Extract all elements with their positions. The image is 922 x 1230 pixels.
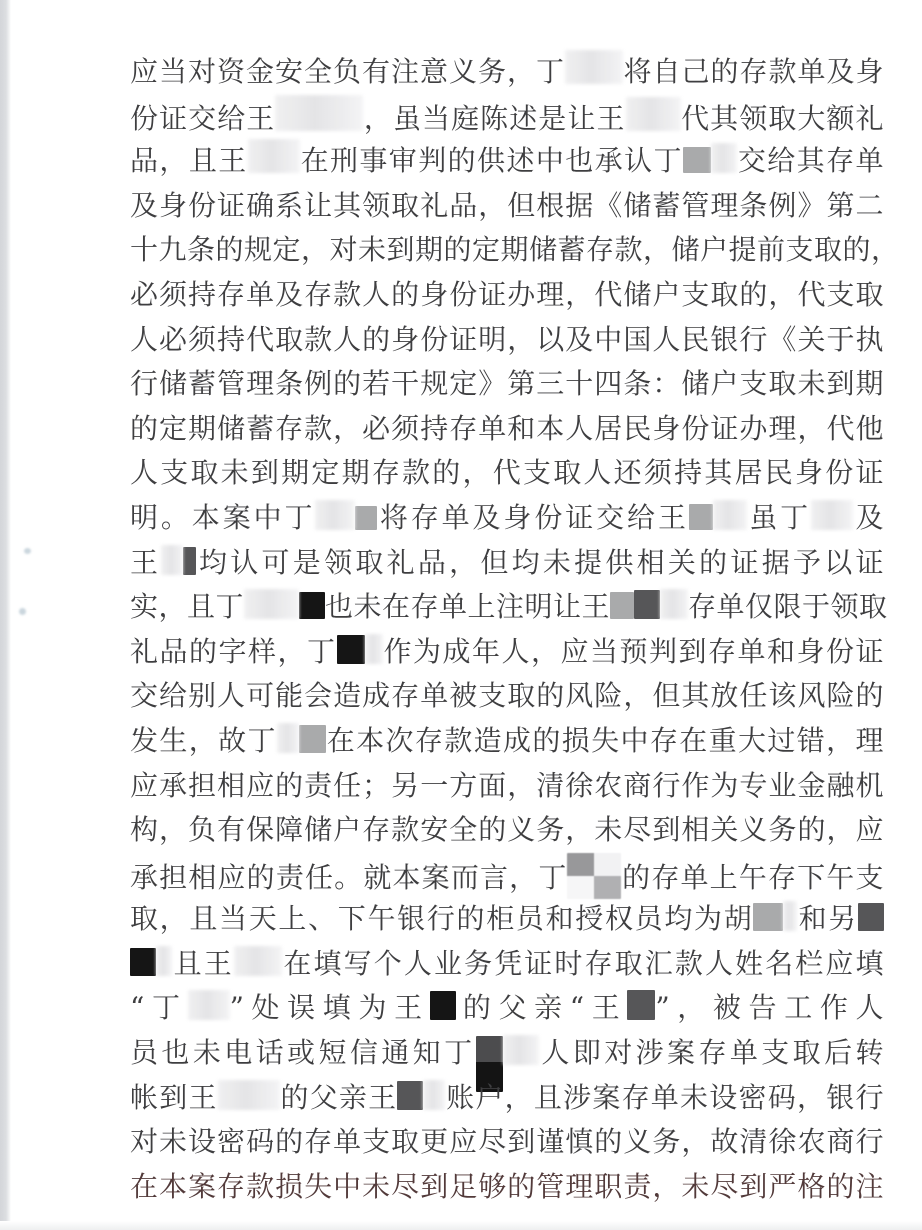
scanned-document-page: 应当对资金安全负有注意义务，丁将自己的存款单及身份证交给王，虽当庭陈述是让王代其… — [0, 0, 922, 1230]
document-text-block: 应当对资金安全负有注意义务，丁将自己的存款单及身份证交给王，虽当庭陈述是让王代其… — [130, 50, 884, 1209]
text-segment: 在填写个人业务凭证时存取汇款人姓名栏应填 — [282, 947, 884, 980]
text-segment: 及身份证确系让其领取礼品，但根据《储蓄管理条例》第二 — [130, 189, 884, 222]
redaction-block-dark — [627, 990, 655, 1020]
text-segment: 礼品的字样，丁 — [130, 635, 337, 668]
redaction-block-dark — [858, 903, 884, 931]
text-segment: 发生，故丁 — [130, 724, 277, 757]
redaction-block-light — [811, 500, 853, 530]
redaction-block-gray — [610, 592, 634, 619]
text-line: 行储蓄管理条例的若干规定》第三十四条：储户支取未到期 — [130, 362, 884, 407]
redaction-block-checker — [567, 853, 621, 899]
text-segment: 人即对涉案存单支取后转 — [539, 1036, 885, 1069]
redaction-block-light — [565, 50, 623, 84]
text-segment: 实，且丁 — [130, 590, 244, 623]
text-segment: 交给其存单 — [737, 144, 884, 177]
text-segment: “丁 — [130, 991, 188, 1024]
redaction-block-dark — [397, 1081, 423, 1110]
text-segment: 代其领取大额礼 — [681, 102, 884, 135]
text-segment: 帐到王 — [130, 1081, 218, 1114]
text-line: 的定期储蓄存款，必须持存单和本人居民身份证办理，代他 — [130, 407, 884, 452]
redaction-block-light — [234, 946, 282, 976]
text-segment: 及 — [853, 501, 884, 534]
text-segment: 品，且王 — [130, 144, 248, 177]
text-line: 对未设密码的存单支取更应尽到谨慎的义务，故清徐农商行 — [130, 1120, 884, 1165]
text-line: 王均认可是领取礼品，但均未提供相关的证据予以证 — [130, 541, 884, 586]
redaction-block-black — [337, 635, 365, 664]
redaction-block-light — [626, 97, 681, 131]
text-segment: 也未在存单上注明让王 — [325, 590, 610, 623]
redaction-block-gray — [683, 147, 711, 173]
text-line: 明。本案中丁将存单及身份证交给王虽丁及 — [130, 496, 884, 541]
redaction-block-light — [660, 589, 688, 619]
text-segment: 行储蓄管理条例的若干规定》第三十四条：储户支取未到期 — [130, 367, 884, 400]
redaction-block-light — [248, 139, 300, 173]
text-segment: 构，负有保障储户存款安全的义务，未尽到相关义务的，应 — [130, 813, 884, 846]
text-line: “丁”处误填为王的父亲“王”，被告工作人 — [130, 986, 884, 1031]
text-line: 发生，故丁在本次存款造成的损失中存在重大过错，理 — [130, 719, 884, 764]
text-segment: 将存单及身份证交给王 — [377, 501, 688, 534]
text-segment: 必须持存单及存款人的身份证办理，代储户支取的，代支取 — [130, 278, 884, 311]
text-segment: ”处误填为王 — [230, 991, 430, 1024]
text-line: 礼品的字样，丁作为成年人，应当预判到存单和身份证 — [130, 630, 884, 675]
text-line: 承担相应的责任。就本案而言，丁的存单上午存下午支 — [130, 853, 884, 898]
redaction-block-gray — [753, 903, 783, 931]
redaction-block-black — [430, 991, 456, 1020]
redaction-block-light — [315, 500, 355, 530]
text-line: 品，且王在刑事审判的供述中也承认丁交给其存单 — [130, 139, 884, 184]
redaction-block-black — [299, 592, 325, 619]
redaction-block-gray — [355, 506, 377, 530]
text-segment: 的父亲王 — [280, 1081, 398, 1114]
scan-edge-shadow-bottom — [0, 1221, 922, 1230]
text-segment: 和另 — [797, 902, 858, 935]
margin-speck — [19, 608, 26, 615]
text-segment: 取，且当天上、下午银行的柜员和授权员均为胡 — [130, 902, 753, 935]
text-segment: ，虽当庭陈述是让王 — [363, 102, 625, 135]
redaction-block-light — [156, 946, 172, 976]
text-segment: 王 — [130, 546, 161, 579]
text-segment: 的存单上午存下午支 — [621, 861, 884, 894]
redaction-block-light — [365, 634, 383, 664]
text-segment: 员也未电话或短信通知丁 — [130, 1036, 476, 1069]
text-segment: 在本案存款损失中未尽到足够的管理职责，未尽到严格的注 — [130, 1170, 884, 1203]
redaction-block-light — [503, 1035, 539, 1065]
redaction-block-light — [161, 545, 183, 575]
redaction-block-dark — [183, 547, 196, 575]
text-segment: 份证交给王 — [130, 102, 275, 135]
text-line: 构，负有保障储户存款安全的义务，未尽到相关义务的，应 — [130, 808, 884, 853]
redaction-block-light — [713, 500, 747, 530]
text-segment: 应当对资金安全负有注意义务，丁 — [130, 55, 565, 88]
text-segment: 交给别人可能会造成存单被支取的风险，但其放任该风险的 — [130, 679, 884, 712]
scan-edge-shadow-left — [0, 0, 11, 1230]
margin-speck — [24, 548, 31, 554]
text-segment: 承担相应的责任。就本案而言，丁 — [130, 861, 567, 894]
text-segment: 在刑事审判的供述中也承认丁 — [300, 144, 683, 177]
text-segment: 均认可是领取礼品，但均未提供相关的证据予以证 — [196, 546, 884, 579]
text-segment: 将自己的存款单及身 — [623, 55, 884, 88]
text-line: 取，且当天上、下午银行的柜员和授权员均为胡和另 — [130, 897, 884, 942]
redaction-block-light — [218, 1080, 280, 1110]
redaction-block-light — [188, 990, 230, 1020]
text-segment: 账户，且涉案存单未设密码，银行 — [445, 1081, 884, 1114]
text-segment: 的父亲“王 — [456, 991, 628, 1024]
text-segment: 人必须持代取款人的身份证明，以及中国人民银行《关于执 — [130, 323, 884, 356]
text-segment: 的定期储蓄存款，必须持存单和本人居民身份证办理，代他 — [130, 412, 884, 445]
text-segment: 且王 — [172, 947, 234, 980]
text-segment: 人支取未到期定期存款的，代支取人还须持其居民身份证 — [130, 456, 884, 489]
redaction-block-dark — [634, 590, 660, 619]
redaction-block-gray — [299, 725, 326, 753]
redaction-block-light — [711, 143, 737, 173]
redaction-block-light — [275, 95, 363, 131]
text-line: 实，且丁也未在存单上注明让王存单仅限于领取 — [130, 585, 884, 630]
text-line: 十九条的规定，对未到期的定期储蓄存款，储户提前支取的， — [130, 228, 884, 273]
text-line: 必须持存单及存款人的身份证办理，代储户支取的，代支取 — [130, 273, 884, 318]
text-line: 应当对资金安全负有注意义务，丁将自己的存款单及身 — [130, 50, 884, 95]
text-segment: 对未设密码的存单支取更应尽到谨慎的义务，故清徐农商行 — [130, 1125, 884, 1158]
redaction-block-light — [277, 723, 299, 753]
text-segment: 虽丁 — [747, 501, 811, 534]
redaction-block-light — [244, 589, 299, 619]
text-line: 人支取未到期定期存款的，代支取人还须持其居民身份证 — [130, 451, 884, 496]
text-line: 在本案存款损失中未尽到足够的管理职责，未尽到严格的注 — [130, 1165, 884, 1210]
redaction-block-gray — [689, 504, 713, 530]
text-segment: 作为成年人，应当预判到存单和身份证 — [383, 635, 884, 668]
text-line: 帐到王的父亲王账户，且涉案存单未设密码，银行 — [130, 1076, 884, 1121]
text-line: 员也未电话或短信通知丁人即对涉案存单支取后转 — [130, 1031, 884, 1076]
text-segment: ”，被告工作人 — [655, 991, 884, 1024]
text-line: 交给别人可能会造成存单被支取的风险，但其放任该风险的 — [130, 674, 884, 719]
text-segment: 明。本案中丁 — [130, 501, 315, 534]
redaction-block-black — [130, 948, 156, 976]
redaction-block-light — [423, 1080, 445, 1110]
text-segment: 存单仅限于领取 — [688, 590, 888, 623]
redaction-block-light — [783, 901, 797, 931]
text-line: 应承担相应的责任；另一方面，清徐农商行作为专业金融机 — [130, 764, 884, 809]
text-segment: 应承担相应的责任；另一方面，清徐农商行作为专业金融机 — [130, 769, 884, 802]
text-segment: 在本次存款造成的损失中存在重大过错，理 — [326, 724, 884, 757]
text-line: 人必须持代取款人的身份证明，以及中国人民银行《关于执 — [130, 318, 884, 363]
text-line: 及身份证确系让其领取礼品，但根据《储蓄管理条例》第二 — [130, 184, 884, 229]
text-line: 且王在填写个人业务凭证时存取汇款人姓名栏应填 — [130, 942, 884, 987]
text-segment: 十九条的规定，对未到期的定期储蓄存款，储户提前支取的， — [130, 233, 900, 266]
text-line: 份证交给王，虽当庭陈述是让王代其领取大额礼 — [130, 95, 884, 140]
